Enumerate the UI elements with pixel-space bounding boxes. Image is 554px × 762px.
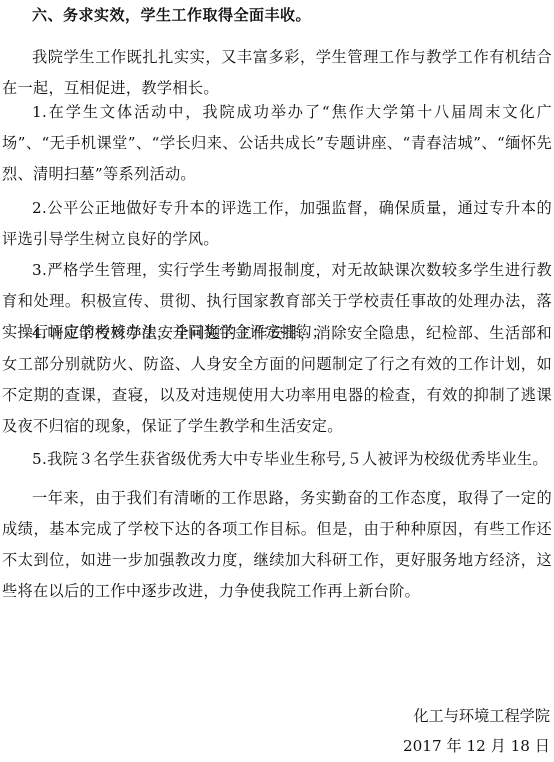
- paragraph-summary: 一年来，由于我们有清晰的工作思路，务实勤奋的工作态度，取得了一定的成绩，基本完成…: [2, 483, 552, 607]
- paragraph-item-2: 2.公平公正地做好专升本的评选工作，加强监督，确保质量，通过专升本的评选引导学生…: [2, 193, 552, 255]
- paragraph-intro: 我院学生工作既扎扎实实，又丰富多彩，学生管理工作与教学工作有机结合在一起，互相促…: [2, 42, 552, 104]
- paragraph-item-5: 5.我院３名学生获省级优秀大中专毕业生称号,５人被评为校级优秀毕业生。: [2, 444, 552, 475]
- paragraph-item-4: 4.响应学校对学生安全问题的工作安排，消除安全隐患，纪检部、生活部和女工部分别就…: [2, 318, 552, 442]
- signature-date: 2017 年 12 月 18 日: [403, 735, 550, 757]
- section-heading: 六、务求实效，学生工作取得全面丰收。: [32, 4, 311, 26]
- paragraph-item-1: 1.在学生文体活动中，我院成功举办了“焦作大学第十八届周末文化广场”、“无手机课…: [2, 97, 552, 190]
- signature-organization: 化工与环境工程学院: [413, 705, 550, 727]
- document-page: 六、务求实效，学生工作取得全面丰收。 我院学生工作既扎扎实实，又丰富多彩，学生管…: [0, 0, 554, 762]
